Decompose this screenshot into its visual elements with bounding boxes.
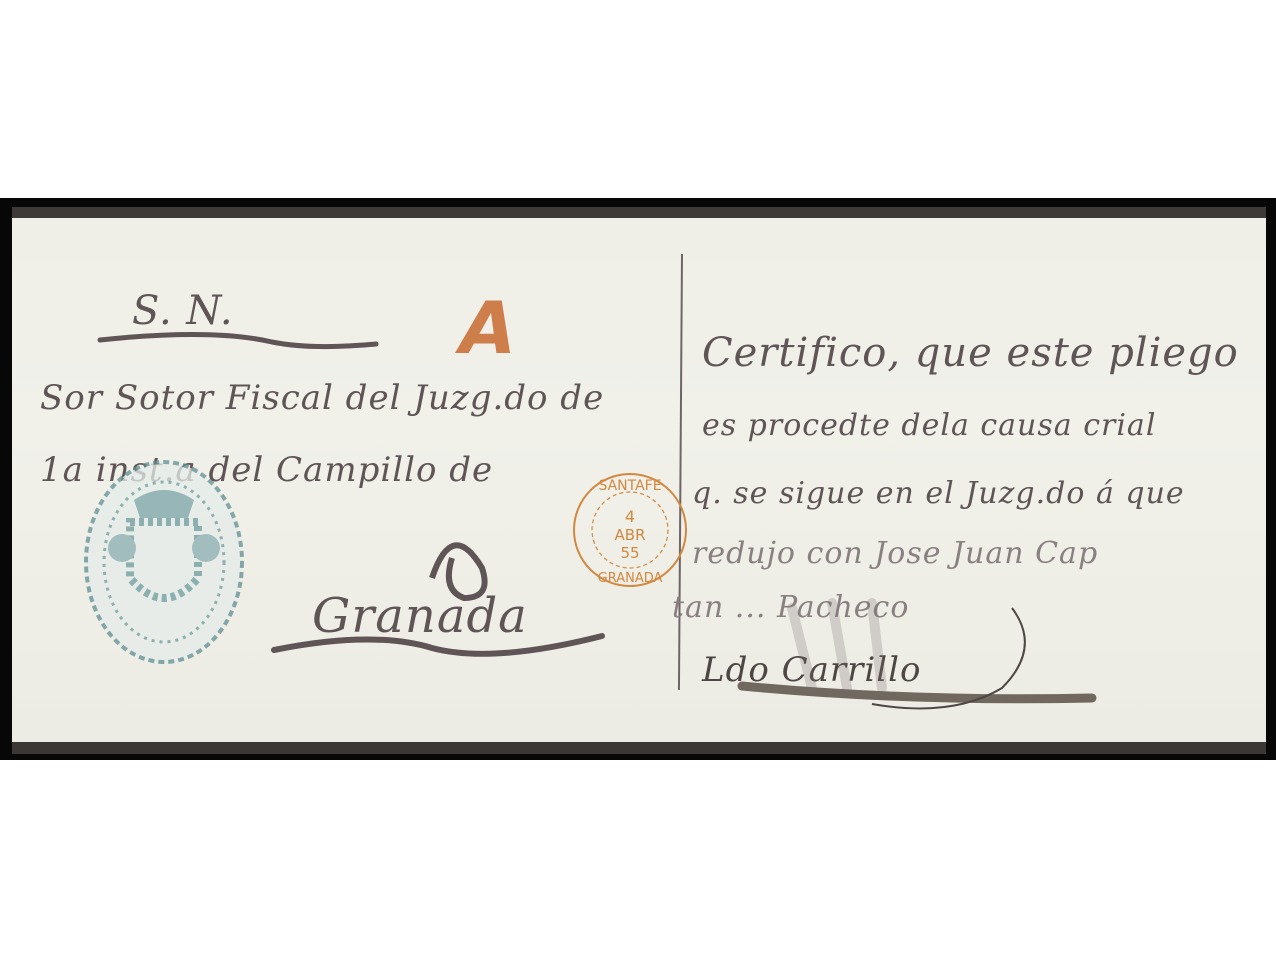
svg-text:SANTAFE: SANTAFE [598,478,661,494]
cover-paper: S. N. Sor Sotor Fiscal del Juzg.do de 1a… [12,218,1266,742]
svg-text:GRANADA: GRANADA [598,571,663,586]
postmark: SANTAFE 4 ABR 55 GRANADA [574,474,686,586]
svg-text:4: 4 [625,507,635,526]
frame-shadow-bottom [12,742,1266,754]
svg-text:ABR: ABR [615,526,646,544]
coat-of-arms-seal [86,462,242,662]
svg-text:55: 55 [620,544,639,562]
ink-strokes: SANTAFE 4 ABR 55 GRANADA [12,218,1266,742]
